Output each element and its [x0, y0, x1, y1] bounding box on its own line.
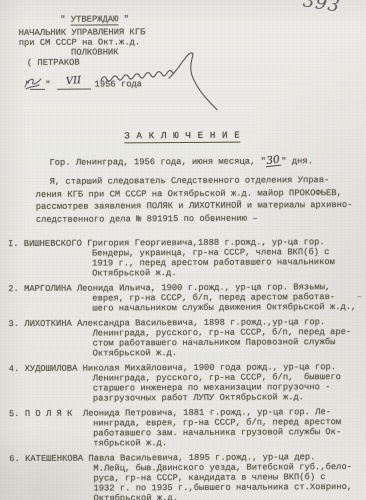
signer-line: ( ПЕТРАКОВ: [27, 57, 171, 68]
approve-line: " УТВЕРЖДАЮ ": [19, 14, 171, 25]
place-date-line: Гор. Ленинград, 1956 года, июня месяца, …: [49, 155, 365, 168]
year-text: 1956 года: [95, 79, 143, 89]
document-title: З А К Л Ю Ч Е Н И Е: [124, 130, 240, 144]
pen-scribble-icon: [22, 71, 48, 93]
accused-item-1: I. ВИШНЕВСКОГО Григория Георгиевича,1888…: [8, 237, 366, 279]
accused-list: I. ВИШНЕВСКОГО Григория Георгиевича,1888…: [8, 237, 366, 500]
accused-item-5: 5. П О Л Я К Леонида Петровича, 1881 г.р…: [9, 407, 366, 449]
day-blank: [30, 79, 45, 90]
margin-dash-mark: –: [357, 292, 362, 302]
handwritten-day: 30: [265, 155, 281, 168]
approval-header: " УТВЕРЖДАЮ " НАЧАЛЬНИК УПРАВЛЕНИЯ КГБ п…: [19, 14, 171, 90]
item-line: тябрьской ж.д.: [9, 437, 366, 449]
item-line: Октябрьской ж.д.: [9, 347, 366, 359]
item-line: шего начальником службы движения Октябрь…: [8, 302, 366, 314]
month-blank: VII: [57, 77, 91, 90]
quote-mark: ": [124, 14, 129, 24]
intro-line: следственного дела № 891915 по обвинению…: [36, 212, 366, 227]
approve-word: УТВЕРЖДАЮ: [71, 14, 119, 25]
quote-mark: ": [60, 15, 65, 25]
intro-line: рассмотрев заявления ПОЛЯК и ЛИХОТКИНОЙ …: [36, 199, 366, 214]
document-content: " УТВЕРЖДАЮ " НАЧАЛЬНИК УПРАВЛЕНИЯ КГБ п…: [0, 0, 366, 500]
date-suffix: " дня.: [281, 156, 313, 166]
approval-date-line: ""VII1956 года: [25, 76, 171, 90]
item-line: Октябрьской ж.д.: [8, 267, 366, 279]
accused-item-6: 6. КАТЕШЕНКОВА Павла Васильевича, 1895 г…: [9, 452, 366, 500]
accused-item-4: 4. ХУДОШИЛОВА Николая Михайловича, 1900 …: [9, 362, 366, 404]
accused-item-2: 2. МАРГОЛИНА Леонида Ильича, 1900 г.рожд…: [8, 282, 366, 314]
scanned-document-page: 393 " УТВЕРЖДАЮ " НАЧАЛЬНИК УПРАВЛЕНИЯ К…: [0, 0, 366, 500]
item-line: разгрузочных работ ЛУПУ Октябрьской ж.д.: [9, 392, 366, 404]
intro-paragraph: Я, старший следователь Следственного отд…: [36, 174, 366, 226]
item-line: Октябрьской ж.д.: [9, 492, 366, 500]
document-title-row: З А К Л Ю Ч Е Н И Е: [0, 124, 365, 144]
accused-item-3: 3. ЛИХОТКИНА Александра Васильевича, 189…: [8, 317, 366, 359]
handwritten-month: VII: [66, 76, 82, 87]
date-prefix: Гор. Ленинград, 1956 года, июня месяца, …: [49, 156, 266, 167]
